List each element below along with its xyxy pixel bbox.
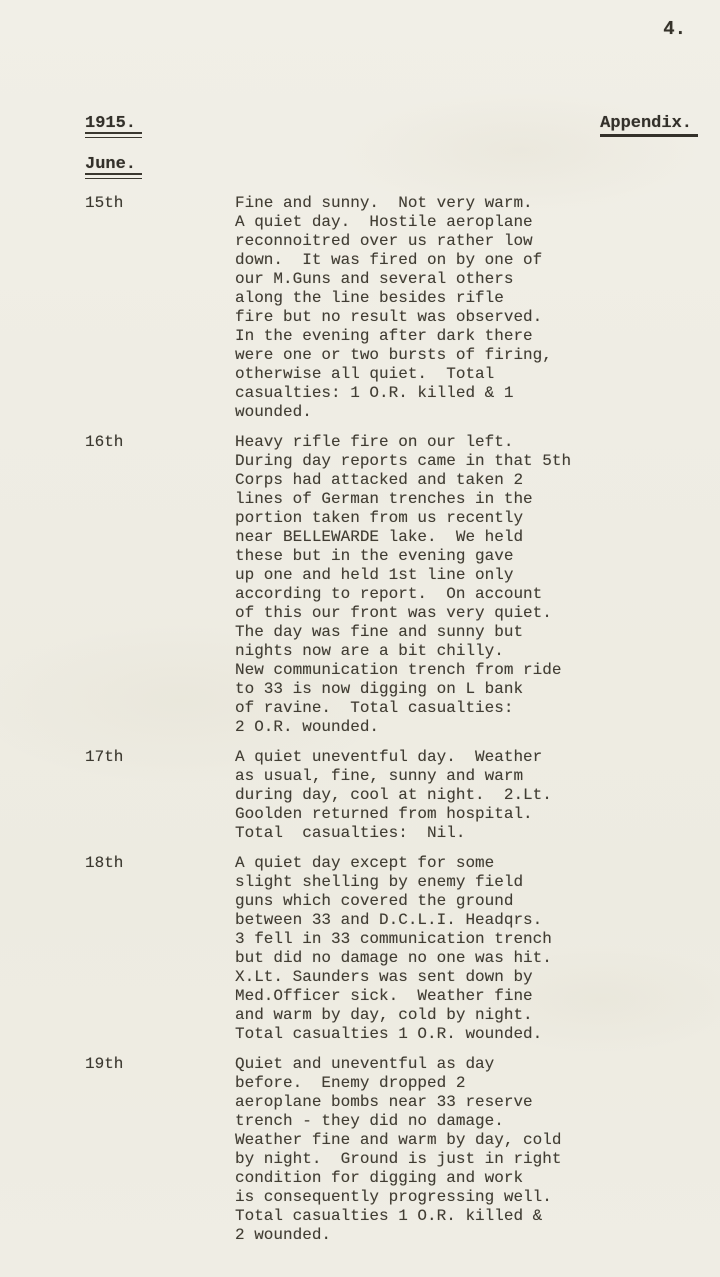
appendix-heading: Appendix. bbox=[600, 114, 698, 138]
header-row: 1915. Appendix. bbox=[85, 114, 698, 138]
entry-text: Heavy rifle fire on our left. During day… bbox=[235, 433, 645, 737]
diary-entry-17th: 17th A quiet uneventful day. Weather as … bbox=[85, 748, 645, 843]
entry-date: 16th bbox=[85, 433, 123, 451]
entry-text: Fine and sunny. Not very warm. A quiet d… bbox=[235, 194, 645, 422]
diary-page: 4. 1915. Appendix. June. 15th Fine and s… bbox=[0, 0, 720, 1277]
entry-date: 18th bbox=[85, 854, 123, 872]
entry-date: 15th bbox=[85, 194, 123, 212]
page-number: 4. bbox=[663, 18, 686, 40]
month-heading: June. bbox=[85, 155, 142, 179]
diary-entries: 15th Fine and sunny. Not very warm. A qu… bbox=[85, 194, 645, 1256]
entry-text: Quiet and uneventful as day before. Enem… bbox=[235, 1055, 645, 1245]
entry-text: A quiet uneventful day. Weather as usual… bbox=[235, 748, 645, 843]
year-heading: 1915. bbox=[85, 114, 142, 138]
entry-date: 17th bbox=[85, 748, 123, 766]
month-heading-wrap: June. bbox=[85, 155, 142, 179]
diary-entry-18th: 18th A quiet day except for some slight … bbox=[85, 854, 645, 1044]
entry-text: A quiet day except for some slight shell… bbox=[235, 854, 645, 1044]
entry-date: 19th bbox=[85, 1055, 123, 1073]
diary-entry-15th: 15th Fine and sunny. Not very warm. A qu… bbox=[85, 194, 645, 422]
diary-entry-16th: 16th Heavy rifle fire on our left. Durin… bbox=[85, 433, 645, 737]
diary-entry-19th: 19th Quiet and uneventful as day before.… bbox=[85, 1055, 645, 1245]
